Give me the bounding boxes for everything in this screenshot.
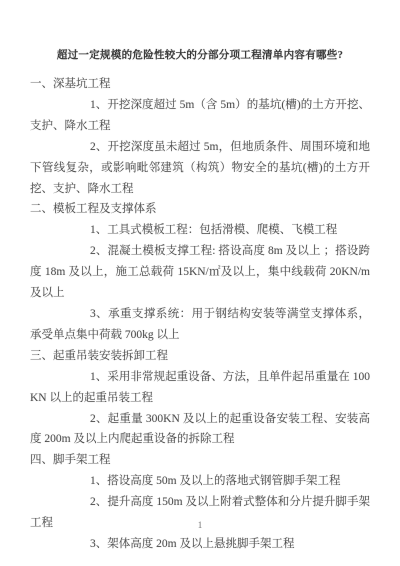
page-number: 1 xyxy=(0,520,400,530)
document-title: 超过一定规模的危险性较大的分部分项工程清单内容有哪些? xyxy=(30,46,370,66)
list-item: 1、工具式模板工程：包括滑模、爬模、飞模工程 xyxy=(30,220,370,241)
list-item: 2、混凝土模板支撑工程: 搭设高度 8m 及以上 ；搭设跨度 18m 及以上，施… xyxy=(30,241,370,304)
list-item: 3、承重支撑系统：用于钢结构安装等满堂支撑体系，承受单点集中荷载 700kg 以… xyxy=(30,304,370,346)
section-heading: 四、脚手架工程 xyxy=(30,450,370,471)
list-item: 2、开挖深度虽未超过 5m，但地质条件、周围环境和地下管线复杂，或影响毗邻建筑（… xyxy=(30,137,370,200)
list-item: 1、采用非常规起重设备、方法，且单件起吊重量在 100KN 以上的起重吊装工程 xyxy=(30,367,370,409)
list-item: 3、架体高度 20m 及以上悬挑脚手架工程 xyxy=(30,534,370,555)
document-body: 一、深基坑工程1、开挖深度超过 5m（含 5m）的基坑(槽)的土方开挖、支护、降… xyxy=(30,74,370,555)
list-item: 1、开挖深度超过 5m（含 5m）的基坑(槽)的土方开挖、支护、降水工程 xyxy=(30,95,370,137)
section-heading: 一、深基坑工程 xyxy=(30,74,370,95)
list-item: 1、搭设高度 50m 及以上的落地式钢管脚手架工程 xyxy=(30,471,370,492)
list-item: 2、起重量 300KN 及以上的起重设备安装工程、安装高度 200m 及以上内爬… xyxy=(30,409,370,451)
document-page: 超过一定规模的危险性较大的分部分项工程清单内容有哪些? 一、深基坑工程1、开挖深… xyxy=(30,46,370,566)
section-heading: 三、起重吊装安装拆卸工程 xyxy=(30,346,370,367)
section-heading: 二、模板工程及支撑体系 xyxy=(30,199,370,220)
